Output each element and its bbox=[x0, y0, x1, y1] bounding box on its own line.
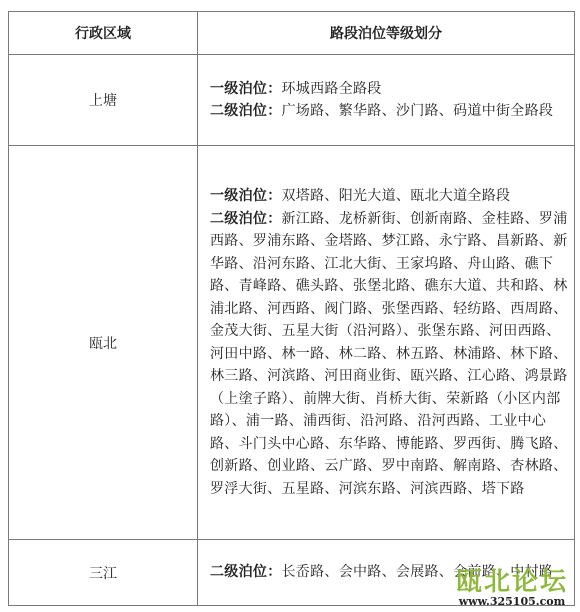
region-cell: 瓯北 bbox=[9, 146, 198, 540]
level-label: 一级泊位： bbox=[210, 188, 282, 204]
level-roads: 广场路、繁华路、沙门路、码道中街全路段 bbox=[282, 103, 554, 119]
region-cell: 上塘 bbox=[9, 55, 198, 146]
level-label: 二级泊位： bbox=[210, 103, 282, 119]
parking-grade-table: 行政区域 路段泊位等级划分 上塘 一级泊位：环城西路全路段 二级泊位：广场路、繁… bbox=[8, 11, 575, 606]
table-row: 上塘 一级泊位：环城西路全路段 二级泊位：广场路、繁华路、沙门路、码道中街全路段 bbox=[9, 55, 575, 146]
header-region: 行政区域 bbox=[9, 12, 198, 55]
table-row: 瓯北 一级泊位：双塔路、阳光大道、瓯北大道全路段 二级泊位：新江路、龙桥新街、创… bbox=[9, 146, 575, 540]
level-line: 一级泊位：双塔路、阳光大道、瓯北大道全路段 bbox=[210, 185, 568, 208]
watermark: 瓯北论坛 www.325105.com bbox=[456, 568, 568, 608]
level-roads: 新江路、龙桥新街、创新南路、金桂路、罗浦西路、罗浦东路、金塔路、梦江路、永宁路、… bbox=[210, 211, 568, 497]
level-line: 一级泊位：环城西路全路段 bbox=[210, 78, 568, 101]
level-roads: 环城西路全路段 bbox=[282, 81, 382, 97]
watermark-url: www.325105.com bbox=[456, 596, 568, 608]
level-line: 二级泊位：广场路、繁华路、沙门路、码道中街全路段 bbox=[210, 100, 568, 123]
region-cell: 三江 bbox=[9, 540, 198, 606]
detail-cell: 一级泊位：环城西路全路段 二级泊位：广场路、繁华路、沙门路、码道中街全路段 bbox=[198, 55, 575, 146]
detail-cell: 一级泊位：双塔路、阳光大道、瓯北大道全路段 二级泊位：新江路、龙桥新街、创新南路… bbox=[198, 146, 575, 540]
level-label: 二级泊位： bbox=[210, 211, 282, 227]
watermark-logo: 瓯北论坛 bbox=[456, 568, 568, 596]
level-line: 二级泊位：新江路、龙桥新街、创新南路、金桂路、罗浦西路、罗浦东路、金塔路、梦江路… bbox=[210, 208, 568, 501]
header-grade: 路段泊位等级划分 bbox=[198, 12, 575, 55]
level-label: 一级泊位： bbox=[210, 81, 282, 97]
level-label: 二级泊位： bbox=[210, 564, 282, 580]
table-header-row: 行政区域 路段泊位等级划分 bbox=[9, 12, 575, 55]
level-roads: 双塔路、阳光大道、瓯北大道全路段 bbox=[282, 188, 511, 204]
